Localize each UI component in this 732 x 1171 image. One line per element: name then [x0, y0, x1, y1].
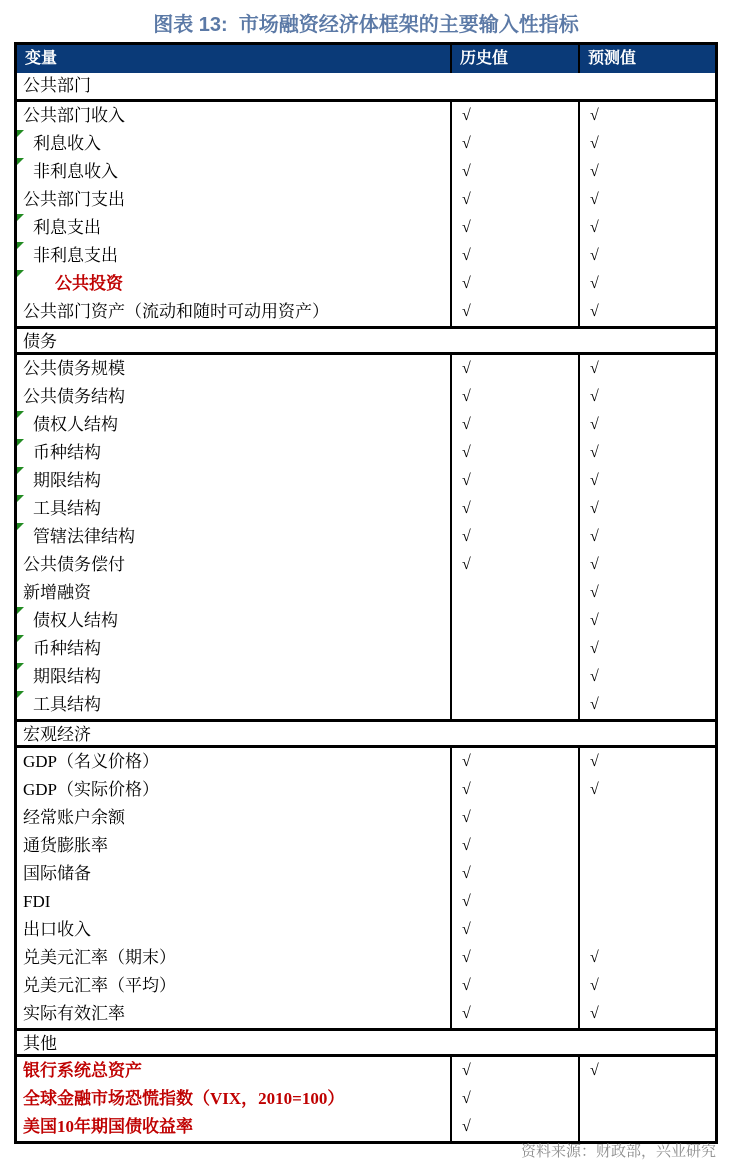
forecast-value-cell: √ — [578, 411, 715, 439]
formula-marker-icon — [17, 411, 24, 418]
formula-marker-icon — [17, 214, 24, 221]
formula-marker-icon — [17, 130, 24, 137]
table-row: 全球金融市场恐慌指数（VIX，2010=100）√ — [17, 1085, 715, 1113]
row-label: 管辖法律结构 — [17, 523, 450, 551]
table-row: 非利息支出√√ — [17, 242, 715, 270]
row-label: 经常账户余额 — [17, 804, 450, 832]
forecast-value-cell: √ — [578, 663, 715, 691]
row-label: 工具结构 — [17, 495, 450, 523]
table-row: GDP（实际价格）√√ — [17, 776, 715, 804]
table-row: FDI√ — [17, 888, 715, 916]
formula-marker-icon — [17, 663, 24, 670]
table-row: 期限结构√ — [17, 663, 715, 691]
historical-value-cell: √ — [450, 860, 578, 888]
forecast-value-cell: √ — [578, 1057, 715, 1085]
row-label: 币种结构 — [17, 439, 450, 467]
formula-marker-icon — [17, 158, 24, 165]
formula-marker-icon — [17, 467, 24, 474]
table-row: 利息支出√√ — [17, 214, 715, 242]
historical-value-cell: √ — [450, 439, 578, 467]
table-row: 期限结构√√ — [17, 467, 715, 495]
historical-value-cell: √ — [450, 298, 578, 326]
historical-value-cell: √ — [450, 102, 578, 130]
row-label: GDP（实际价格） — [17, 776, 450, 804]
row-label: 公共债务结构 — [17, 383, 450, 411]
historical-value-cell: √ — [450, 495, 578, 523]
forecast-value-cell: √ — [578, 242, 715, 270]
forecast-value-cell: √ — [578, 523, 715, 551]
table-row: 银行系统总资产√√ — [17, 1057, 715, 1085]
section-header: 公共部门 — [17, 73, 715, 102]
row-label: 兑美元汇率（平均） — [17, 972, 450, 1000]
row-label: FDI — [17, 888, 450, 916]
historical-value-cell: √ — [450, 1113, 578, 1141]
historical-value-cell — [450, 579, 578, 607]
table-row: 新增融资√ — [17, 579, 715, 607]
forecast-value-cell — [578, 1113, 715, 1141]
table-section: 宏观经济GDP（名义价格）√√GDP（实际价格）√√经常账户余额√通货膨胀率√国… — [17, 719, 715, 1028]
forecast-value-cell: √ — [578, 439, 715, 467]
row-label: 银行系统总资产 — [17, 1057, 450, 1085]
table-row: 通货膨胀率√ — [17, 832, 715, 860]
historical-value-cell: √ — [450, 214, 578, 242]
forecast-value-cell — [578, 804, 715, 832]
table-sections: 公共部门公共部门收入√√利息收入√√非利息收入√√公共部门支出√√利息支出√√非… — [17, 73, 715, 1141]
row-label: 公共债务偿付 — [17, 551, 450, 579]
page-title: 图表 13: 市场融资经济体框架的主要输入性指标 — [0, 8, 732, 37]
historical-value-cell: √ — [450, 748, 578, 776]
historical-value-cell: √ — [450, 776, 578, 804]
forecast-value-cell: √ — [578, 102, 715, 130]
row-label: 非利息收入 — [17, 158, 450, 186]
historical-value-cell: √ — [450, 1085, 578, 1113]
column-header-variable: 变量 — [17, 45, 450, 73]
row-label: GDP（名义价格） — [17, 748, 450, 776]
formula-marker-icon — [17, 635, 24, 642]
formula-marker-icon — [17, 523, 24, 530]
table-row: 出口收入√ — [17, 916, 715, 944]
historical-value-cell: √ — [450, 158, 578, 186]
row-label: 公共部门资产（流动和随时可动用资产） — [17, 298, 450, 326]
forecast-value-cell: √ — [578, 130, 715, 158]
forecast-value-cell: √ — [578, 579, 715, 607]
row-label: 公共债务规模 — [17, 355, 450, 383]
table-row: 债权人结构√√ — [17, 411, 715, 439]
row-label: 工具结构 — [17, 691, 450, 719]
forecast-value-cell — [578, 860, 715, 888]
formula-marker-icon — [17, 495, 24, 502]
table-row: 非利息收入√√ — [17, 158, 715, 186]
historical-value-cell: √ — [450, 972, 578, 1000]
table-row: 公共债务偿付√√ — [17, 551, 715, 579]
forecast-value-cell: √ — [578, 551, 715, 579]
section-header: 其他 — [17, 1028, 715, 1057]
table-row: 工具结构√ — [17, 691, 715, 719]
table-row: GDP（名义价格）√√ — [17, 748, 715, 776]
forecast-value-cell: √ — [578, 944, 715, 972]
table-row: 管辖法律结构√√ — [17, 523, 715, 551]
row-label: 公共投资 — [17, 270, 450, 298]
section-header: 宏观经济 — [17, 719, 715, 748]
forecast-value-cell: √ — [578, 495, 715, 523]
table-row: 兑美元汇率（平均）√√ — [17, 972, 715, 1000]
forecast-value-cell: √ — [578, 972, 715, 1000]
historical-value-cell: √ — [450, 383, 578, 411]
formula-marker-icon — [17, 691, 24, 698]
formula-marker-icon — [17, 607, 24, 614]
table-row: 币种结构√√ — [17, 439, 715, 467]
row-label: 全球金融市场恐慌指数（VIX，2010=100） — [17, 1085, 450, 1113]
historical-value-cell — [450, 663, 578, 691]
forecast-value-cell: √ — [578, 383, 715, 411]
table-row: 币种结构√ — [17, 635, 715, 663]
row-label: 利息收入 — [17, 130, 450, 158]
historical-value-cell: √ — [450, 242, 578, 270]
forecast-value-cell — [578, 832, 715, 860]
row-label: 期限结构 — [17, 663, 450, 691]
row-label: 通货膨胀率 — [17, 832, 450, 860]
forecast-value-cell: √ — [578, 214, 715, 242]
formula-marker-icon — [17, 270, 24, 277]
table-row: 公共部门资产（流动和随时可动用资产）√√ — [17, 298, 715, 326]
row-label: 美国10年期国债收益率 — [17, 1113, 450, 1141]
forecast-value-cell: √ — [578, 186, 715, 214]
indicator-table: 变量 历史值 预测值 公共部门公共部门收入√√利息收入√√非利息收入√√公共部门… — [14, 42, 718, 1144]
historical-value-cell: √ — [450, 467, 578, 495]
table-row: 债权人结构√ — [17, 607, 715, 635]
historical-value-cell: √ — [450, 888, 578, 916]
forecast-value-cell: √ — [578, 776, 715, 804]
table-row: 公共债务规模√√ — [17, 355, 715, 383]
column-header-forecast: 预测值 — [578, 45, 715, 73]
historical-value-cell — [450, 607, 578, 635]
table-row: 公共投资√√ — [17, 270, 715, 298]
row-label: 公共部门支出 — [17, 186, 450, 214]
forecast-value-cell: √ — [578, 748, 715, 776]
historical-value-cell — [450, 691, 578, 719]
historical-value-cell: √ — [450, 551, 578, 579]
table-row: 美国10年期国债收益率√ — [17, 1113, 715, 1141]
column-header-historical: 历史值 — [450, 45, 578, 73]
row-label: 非利息支出 — [17, 242, 450, 270]
row-label: 国际储备 — [17, 860, 450, 888]
table-row: 国际储备√ — [17, 860, 715, 888]
historical-value-cell: √ — [450, 270, 578, 298]
historical-value-cell: √ — [450, 832, 578, 860]
formula-marker-icon — [17, 439, 24, 446]
forecast-value-cell: √ — [578, 298, 715, 326]
historical-value-cell: √ — [450, 355, 578, 383]
row-label: 公共部门收入 — [17, 102, 450, 130]
row-label: 出口收入 — [17, 916, 450, 944]
forecast-value-cell — [578, 916, 715, 944]
formula-marker-icon — [17, 242, 24, 249]
historical-value-cell: √ — [450, 1057, 578, 1085]
table-header-row: 变量 历史值 预测值 — [17, 45, 715, 73]
row-label: 币种结构 — [17, 635, 450, 663]
forecast-value-cell: √ — [578, 158, 715, 186]
row-label: 实际有效汇率 — [17, 1000, 450, 1028]
row-label: 利息支出 — [17, 214, 450, 242]
historical-value-cell: √ — [450, 411, 578, 439]
row-label: 兑美元汇率（期末） — [17, 944, 450, 972]
table-row: 工具结构√√ — [17, 495, 715, 523]
table-row: 实际有效汇率√√ — [17, 1000, 715, 1028]
forecast-value-cell — [578, 888, 715, 916]
historical-value-cell: √ — [450, 186, 578, 214]
row-label: 债权人结构 — [17, 607, 450, 635]
forecast-value-cell: √ — [578, 355, 715, 383]
row-label: 期限结构 — [17, 467, 450, 495]
forecast-value-cell: √ — [578, 635, 715, 663]
table-section: 债务公共债务规模√√公共债务结构√√债权人结构√√币种结构√√期限结构√√工具结… — [17, 326, 715, 719]
table-section: 其他银行系统总资产√√全球金融市场恐慌指数（VIX，2010=100）√美国10… — [17, 1028, 715, 1141]
table-row: 兑美元汇率（期末）√√ — [17, 944, 715, 972]
historical-value-cell: √ — [450, 916, 578, 944]
table-row: 公共债务结构√√ — [17, 383, 715, 411]
section-header: 债务 — [17, 326, 715, 355]
forecast-value-cell: √ — [578, 607, 715, 635]
row-label: 新增融资 — [17, 579, 450, 607]
forecast-value-cell: √ — [578, 270, 715, 298]
table-row: 经常账户余额√ — [17, 804, 715, 832]
historical-value-cell: √ — [450, 944, 578, 972]
table-row: 公共部门收入√√ — [17, 102, 715, 130]
table-row: 公共部门支出√√ — [17, 186, 715, 214]
table-row: 利息收入√√ — [17, 130, 715, 158]
historical-value-cell: √ — [450, 523, 578, 551]
forecast-value-cell — [578, 1085, 715, 1113]
forecast-value-cell: √ — [578, 691, 715, 719]
table-section: 公共部门公共部门收入√√利息收入√√非利息收入√√公共部门支出√√利息支出√√非… — [17, 73, 715, 326]
historical-value-cell: √ — [450, 1000, 578, 1028]
historical-value-cell: √ — [450, 130, 578, 158]
row-label: 债权人结构 — [17, 411, 450, 439]
historical-value-cell: √ — [450, 804, 578, 832]
historical-value-cell — [450, 635, 578, 663]
source-note: 资料来源：财政部，兴业研究 — [521, 1140, 716, 1161]
forecast-value-cell: √ — [578, 467, 715, 495]
forecast-value-cell: √ — [578, 1000, 715, 1028]
